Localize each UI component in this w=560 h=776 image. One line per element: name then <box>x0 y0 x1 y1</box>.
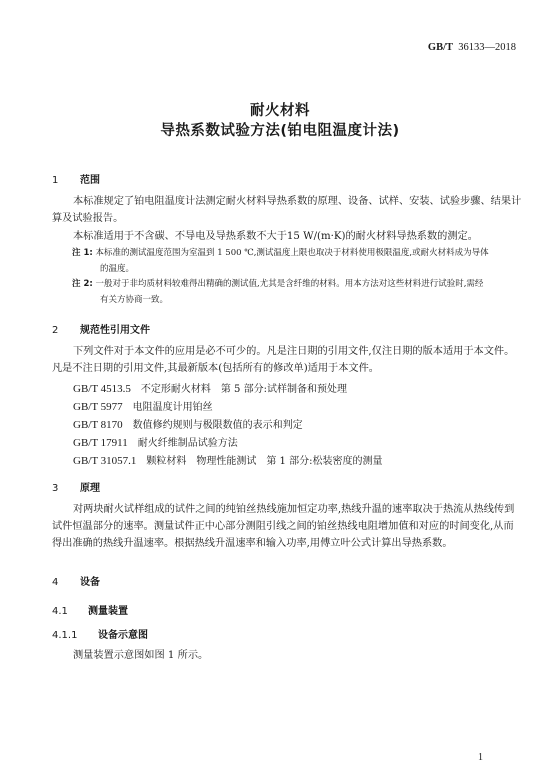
section-title: 设备示意图 <box>98 630 148 641</box>
document-title-line1: 耐火材料 <box>0 99 560 120</box>
section-title: 范围 <box>80 175 100 186</box>
note-label: 注 2: <box>72 279 93 289</box>
reference-item: GB/T 8170数值修约规则与极限数值的表示和判定 <box>73 416 303 431</box>
section-title: 测量装置 <box>88 606 128 617</box>
section-number: 1 <box>52 175 80 186</box>
section-title: 设备 <box>80 577 100 588</box>
reference-code: GB/T 5977 <box>73 401 123 413</box>
reference-title: 颗粒材料 物理性能测试 第 1 部分:松装密度的测量 <box>146 456 382 467</box>
note-label: 注 1: <box>72 248 93 258</box>
section-heading-4-1: 4.1测量装置 <box>52 602 128 617</box>
section-heading-4: 4设备 <box>52 573 100 588</box>
scope-paragraph-1: 本标准规定了铂电阻温度计法测定耐火材料导热系数的原理、设备、试样、安装、试验步骤… <box>52 193 522 227</box>
note-1: 注 1: 本标准的测试温度范围为室温到 1 500 ℃,测试温度上限也取决于材料… <box>72 245 520 277</box>
reference-item: GB/T 5977电阻温度计用铂丝 <box>73 398 213 413</box>
note-text-continued: 有关方协商一致。 <box>72 292 520 308</box>
section-heading-1: 1范围 <box>52 171 100 186</box>
standard-number: 36133—2018 <box>458 42 516 53</box>
reference-code: GB/T 31057.1 <box>73 455 136 467</box>
reference-item: GB/T 4513.5不定形耐火材料 第 5 部分:试样制备和预处理 <box>73 380 347 395</box>
reference-code: GB/T 17911 <box>73 437 128 449</box>
standard-header: GB/T 36133—2018 <box>428 42 516 53</box>
reference-code: GB/T 8170 <box>73 419 123 431</box>
reference-title: 不定形耐火材料 第 5 部分:试样制备和预处理 <box>141 384 347 395</box>
section-heading-2: 2规范性引用文件 <box>52 321 150 336</box>
note-2: 注 2: 一般对于非均质材料较难得出精确的测试值,尤其是含纤维的材料。用本方法对… <box>72 276 520 308</box>
reference-title: 耐火纤维制品试验方法 <box>138 438 238 449</box>
document-title-line2: 导热系数试验方法(铂电阻温度计法) <box>0 119 560 140</box>
section-heading-4-1-1: 4.1.1设备示意图 <box>52 626 148 641</box>
note-text: 本标准的测试温度范围为室温到 1 500 ℃,测试温度上限也取决于材料使用极限温… <box>95 248 488 258</box>
section-title: 规范性引用文件 <box>80 325 150 336</box>
principle-paragraph: 对两块耐火试样组成的试件之间的纯铂丝热线施加恒定功率,热线升温的速率取决于热流从… <box>52 501 522 552</box>
scope-paragraph-2: 本标准适用于不含碳、不导电及导热系数不大于15 W/(m·K)的耐火材料导热系数… <box>52 228 522 245</box>
normative-references-paragraph: 下列文件对于本文件的应用是必不可少的。凡是注日期的引用文件,仅注日期的版本适用于… <box>52 343 522 377</box>
page-number: 1 <box>478 752 483 763</box>
reference-item: GB/T 17911耐火纤维制品试验方法 <box>73 434 238 449</box>
section-number: 2 <box>52 325 80 336</box>
note-text-continued: 的温度。 <box>72 261 520 277</box>
section-number: 4.1 <box>52 606 88 617</box>
reference-item: GB/T 31057.1颗粒材料 物理性能测试 第 1 部分:松装密度的测量 <box>73 452 382 467</box>
standard-code: GB/T <box>428 42 453 53</box>
note-text: 一般对于非均质材料较难得出精确的测试值,尤其是含纤维的材料。用本方法对这些材料进… <box>95 279 483 289</box>
reference-title: 数值修约规则与极限数值的表示和判定 <box>133 420 303 431</box>
section-number: 3 <box>52 483 80 494</box>
section-number: 4.1.1 <box>52 630 98 641</box>
reference-code: GB/T 4513.5 <box>73 383 131 395</box>
section-title: 原理 <box>80 483 100 494</box>
apparatus-paragraph: 测量装置示意图如图 1 所示。 <box>52 647 522 664</box>
section-number: 4 <box>52 577 80 588</box>
section-heading-3: 3原理 <box>52 479 100 494</box>
reference-title: 电阻温度计用铂丝 <box>133 402 213 413</box>
